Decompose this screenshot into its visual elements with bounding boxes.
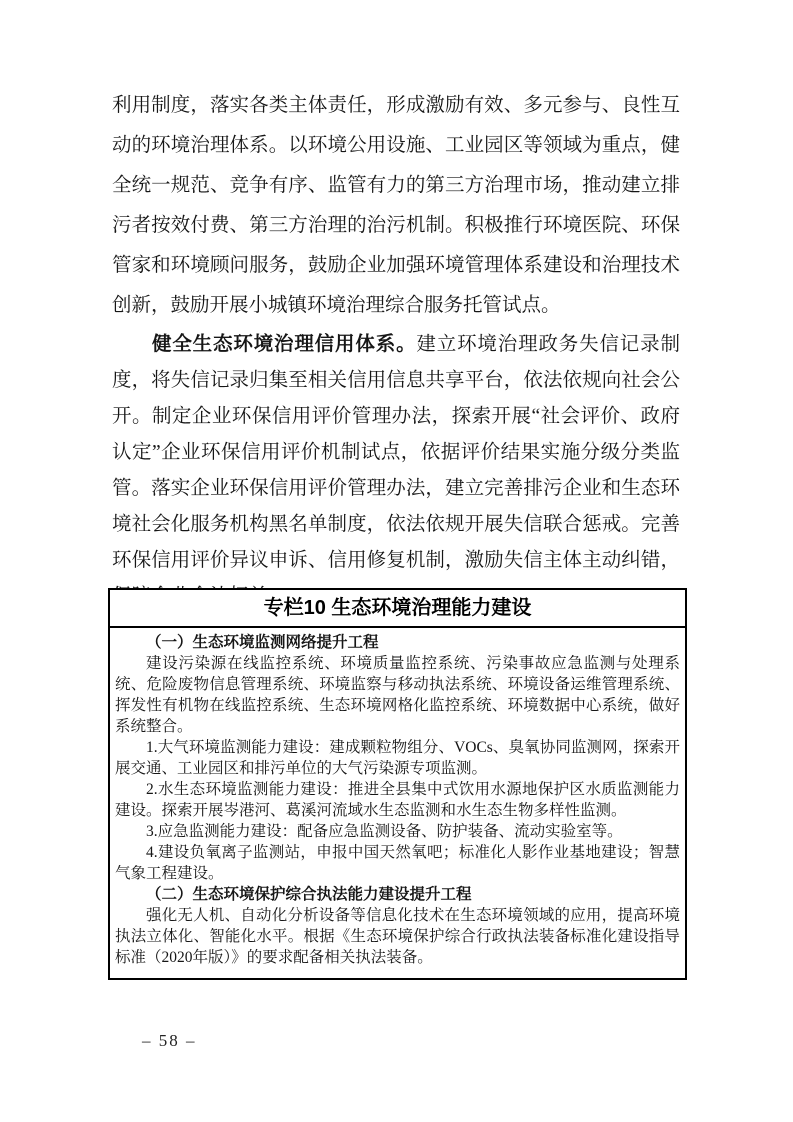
paragraph-body-text: 建立环境治理政务失信记录制度，将失信记录归集至相关信用信息共享平台，依法依规向社… [112, 334, 680, 607]
box-title: 专栏10 生态环境治理能力建设 [110, 590, 685, 628]
box-section2-heading: （二）生态环境保护综合执法能力建设提升工程 [115, 884, 680, 905]
box-body: （一）生态环境监测网络提升工程 建设污染源在线监控系统、环境质量监控系统、污染事… [110, 628, 685, 978]
box-item-2: 2.水生态环境监测能力建设：推进全县集中式饮用水源地保护区水质监测能力建设。探索… [115, 779, 680, 821]
box-item-4: 4.建设负氧离子监测站，申报中国天然氧吧；标准化人影作业基地建设；智慧气象工程建… [115, 842, 680, 884]
box-item-1: 1.大气环境监测能力建设：建成颗粒物组分、VOCs、臭氧协同监测网，探索开展交通… [115, 737, 680, 779]
special-column-10-box: 专栏10 生态环境治理能力建设 （一）生态环境监测网络提升工程 建设污染源在线监… [108, 588, 687, 980]
body-paragraph-continuation: 利用制度，落实各类主体责任，形成激励有效、多元参与、良性互动的环境治理体系。以环… [112, 86, 680, 326]
box-section1-heading: （一）生态环境监测网络提升工程 [115, 632, 680, 653]
box-section2-body: 强化无人机、自动化分析设备等信息化技术在生态环境领域的应用，提高环境执法立体化、… [115, 905, 680, 968]
paragraph-bold-lead: 健全生态环境治理信用体系。 [152, 333, 416, 355]
page-content: 利用制度，落实各类主体责任，形成激励有效、多元参与、良性互动的环境治理体系。以环… [112, 86, 680, 615]
document-page: 利用制度，落实各类主体责任，形成激励有效、多元参与、良性互动的环境治理体系。以环… [0, 0, 793, 1122]
box-section1-intro: 建设污染源在线监控系统、环境质量监控系统、污染事故应急监测与处理系统、危险废物信… [115, 653, 680, 737]
body-paragraph-credit-system: 健全生态环境治理信用体系。建立环境治理政务失信记录制度，将失信记录归集至相关信用… [112, 326, 680, 615]
box-item-3: 3.应急监测能力建设：配备应急监测设备、防护装备、流动实验室等。 [115, 821, 680, 842]
page-number: – 58 – [142, 1031, 197, 1051]
